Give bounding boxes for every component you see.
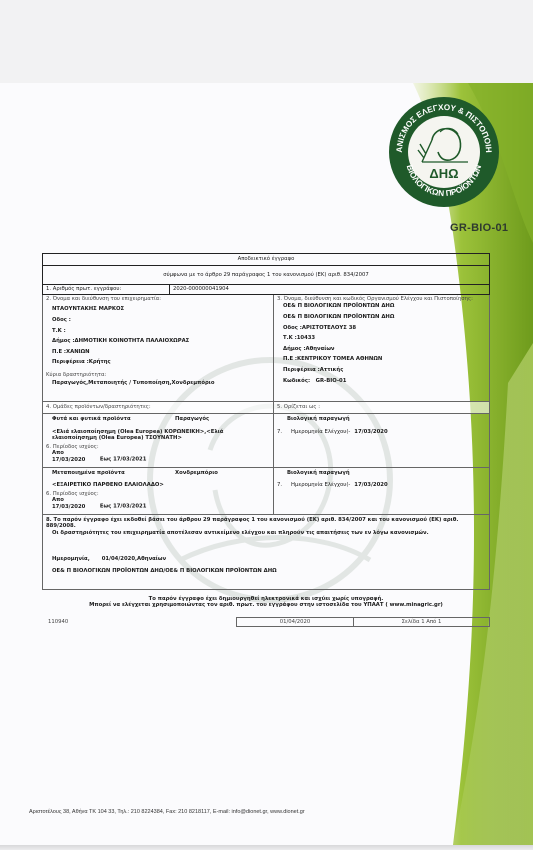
protocol-number-value: 2020-000000041904	[170, 285, 489, 294]
operator-name: ΝΤΑΟΥΝΤΑΚΗΣ ΜΑΡΚΟΣ	[46, 306, 270, 313]
product-1-check-date: 17/03/2020	[354, 429, 387, 435]
document-title: Αποδεικτικό έγγραφο	[43, 254, 489, 265]
product-1-period-label: 6. Περίοδος ισχύος:	[46, 444, 270, 451]
product-1-check-label: Ημερομηνία Ελέγχου(-	[291, 429, 350, 435]
product-1-details: Φυτά και φυτικά προϊόντα Παραγωγός <Ελιά…	[43, 414, 274, 467]
operator-regional-unit: Π.Ε :ΧΑΝΙΩΝ	[46, 349, 270, 356]
document-header: Αποδεικτικό έγγραφο σύμφωνα με το άρθρο …	[42, 253, 490, 285]
statement-line-1: 8. Το παρόν έγγραφο έχει εκδοθεί βάσει τ…	[46, 517, 486, 530]
issue-date-value: 01/04/2020,Αθηναίων	[102, 556, 166, 562]
product-2-check-num: 7.	[277, 482, 291, 489]
control-body-region: Περιφέρεια :Αττικής	[277, 367, 486, 374]
code-value: GR-BIO-01	[316, 378, 347, 384]
product-row-1: Φυτά και φυτικά προϊόντα Παραγωγός <Ελιά…	[42, 413, 490, 467]
product-2-period-label: 6. Περίοδος ισχύος:	[46, 491, 270, 498]
product-2-to: Εως 17/03/2021	[100, 504, 147, 510]
parties-section: 2. Όνομα και διεύθυνση του επιχειρηματία…	[42, 295, 490, 401]
issuance-statement: 8. Το παρόν έγγραφο έχει εκδοθεί βάσει τ…	[42, 514, 490, 590]
product-row-2: Μεταποιημένα προϊόντα Χονδρεμπόριο <ΕΞΑΙ…	[42, 467, 490, 514]
page-indicator: Σελίδα 1 Από 1	[354, 617, 490, 628]
product-groups-label: 4. Ομάδες προϊόντων/δραστηριότητες:	[43, 402, 274, 413]
svg-text:ΔΗΩ: ΔΗΩ	[429, 166, 458, 181]
product-1-to: Εως 17/03/2021	[100, 457, 147, 463]
product-1-activity: Παραγωγός	[175, 416, 209, 423]
control-body-street: Οδος :ΑΡΙΣΤΟΤΕΛΟΥΣ 38	[277, 325, 486, 332]
operator-label: 2. Όνομα και διεύθυνση του επιχειρηματία…	[46, 296, 270, 303]
dio-logo-icon: ΟΡΓΑΝΙΣΜΟΣ ΕΛΕΓΧΟΥ & ΠΙΣΤΟΠΟΙΗΣΗΣ ΒΙΟΛΟΓ…	[388, 96, 500, 208]
signatory: ΟΕ& Π ΒΙΟΛΟΓΙΚΩΝ ΠΡΟΪΟΝΤΩΝ ΔΗΩ/ΟΕ& Π ΒΙΟ…	[52, 568, 486, 575]
certificate-document: Αποδεικτικό έγγραφο σύμφωνα με το άρθρο …	[42, 253, 490, 627]
control-body-postal: Τ.Κ :10433	[277, 335, 486, 342]
operator-postal: Τ.Κ :	[46, 328, 270, 335]
protocol-number-label: 1. Αριθμός πρωτ. εγγράφου:	[43, 285, 170, 294]
electronic-notice: Το παρόν έγγραφο έχει δημιουργηθεί ηλεκτ…	[42, 596, 490, 609]
product-2-check-date: 17/03/2020	[354, 482, 387, 488]
footer-date: 01/04/2020	[236, 617, 354, 628]
product-1-from: Απο 17/03/2020	[52, 450, 98, 463]
code-label: Κωδικός:	[283, 378, 310, 384]
product-1-check-num: 7.	[277, 429, 291, 436]
control-body-regional-unit: Π.Ε :ΚΕΝΤΡΙΚΟΥ ΤΟΜΕΑ ΑΘΗΝΩΝ	[277, 356, 486, 363]
product-2-details: Μεταποιημένα προϊόντα Χονδρεμπόριο <ΕΞΑΙ…	[43, 468, 274, 514]
product-1-designation-value: Βιολογική παραγωγή	[287, 416, 486, 423]
product-2-items: <ΕΞΑΙΡΕΤΙΚΟ ΠΑΡΘΕΝΟ ΕΛΑΙΟΛΑΔΟ>	[52, 482, 270, 489]
product-1-category: Φυτά και φυτικά προϊόντα	[52, 416, 175, 423]
statement-line-2: Οι δραστηριότητες του επιχειρηματία αποτ…	[52, 530, 486, 537]
product-1-items: <Ελιά ελαιοποίησημη (Olea Europea) ΚΟΡΩΝ…	[52, 429, 270, 442]
product-2-check: 7.Ημερομηνία Ελέγχου(-17/03/2020	[277, 482, 486, 489]
control-body-details: 3. Όνομα, διεύθυνση και κωδικός Οργανισμ…	[274, 295, 489, 401]
notice-line-2: Μπορεί να ελέγχεται χρησιμοποιώντας τον …	[42, 602, 490, 609]
protocol-number-row: 1. Αριθμός πρωτ. εγγράφου: 2020-00000004…	[42, 285, 490, 295]
control-body-name-1: ΟΕ& Π ΒΙΟΛΟΓΙΚΩΝ ΠΡΟΪΟΝΤΩΝ ΔΗΩ	[277, 303, 486, 310]
document-subtitle: σύμφωνα με το άρθρο 29 παράγραφος 1 του …	[43, 265, 489, 285]
main-activity-label: Κύρια δραστηριότητα:	[46, 372, 270, 379]
issue-date-row: Ημερομηνία, 01/04/2020,Αθηναίων	[52, 556, 486, 563]
operator-street: Οδος :	[46, 317, 270, 324]
document-footer: 110940 01/04/2020 Σελίδα 1 Από 1	[42, 617, 490, 628]
control-body-code: Κωδικός: GR-BIO-01	[277, 378, 486, 385]
control-body-name-2: ΟΕ& Π ΒΙΟΛΟΓΙΚΩΝ ΠΡΟΪΟΝΤΩΝ ΔΗΩ	[277, 314, 486, 321]
products-header-band: 4. Ομάδες προϊόντων/δραστηριότητες: 5. Ο…	[42, 401, 490, 413]
operator-municipality: Δήμος :ΔΗΜΟΤΙΚΗ ΚΟΙΝΟΤΗΤΑ ΠΑΛΑΙΟΧΩΡΑΣ	[46, 338, 270, 345]
product-2-designation-value: Βιολογική παραγωγή	[287, 470, 486, 477]
product-2-category: Μεταποιημένα προϊόντα	[52, 470, 175, 477]
control-body-municipality: Δήμος :Αθηναίων	[277, 346, 486, 353]
product-2-from: Απο 17/03/2020	[52, 497, 98, 510]
certification-code: GR-BIO-01	[450, 222, 508, 234]
operator-region: Περιφέρεια :Κρήτης	[46, 359, 270, 366]
control-body-label: 3. Όνομα, διεύθυνση και κωδικός Οργανισμ…	[277, 296, 486, 303]
product-1-check: 7.Ημερομηνία Ελέγχου(-17/03/2020	[277, 429, 486, 436]
issue-date-label: Ημερομηνία,	[52, 556, 100, 563]
page-shadow	[0, 845, 533, 850]
main-activity-value: Παραγωγός,Μεταποιητής / Τυποποίηση,Χονδρ…	[46, 380, 270, 387]
organization-address: Αριστοτέλους 38, Αθήνα ΤΚ 104 33, Τηλ.: …	[29, 809, 305, 815]
operator-details: 2. Όνομα και διεύθυνση του επιχειρηματία…	[43, 295, 274, 401]
product-1-designation: Βιολογική παραγωγή 7.Ημερομηνία Ελέγχου(…	[274, 414, 489, 467]
designation-label: 5. Ορίζεται ως :	[274, 402, 489, 413]
product-2-check-label: Ημερομηνία Ελέγχου(-	[291, 482, 350, 488]
document-id: 110940	[42, 619, 236, 626]
product-2-designation: Βιολογική παραγωγή 7.Ημερομηνία Ελέγχου(…	[274, 468, 489, 514]
product-2-activity: Χονδρεμπόριο	[175, 470, 218, 477]
